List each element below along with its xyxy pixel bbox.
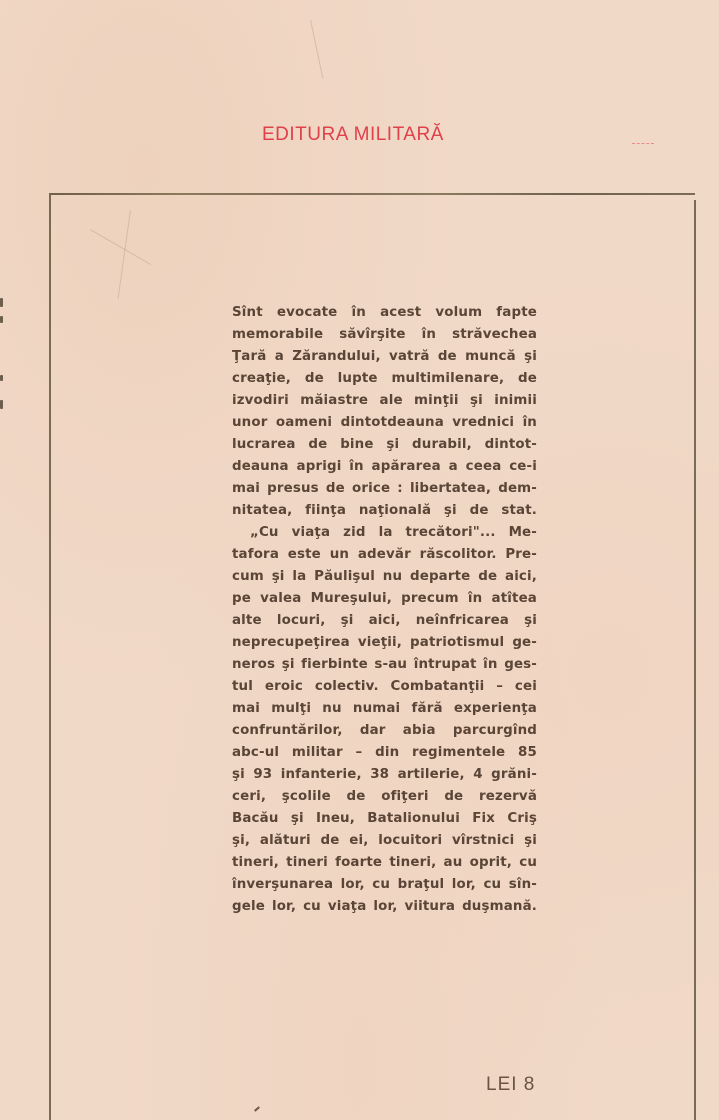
price-label: LEI 8: [486, 1074, 535, 1096]
blurb-line: pe valea Mureşului, precum în atîtea: [232, 588, 537, 610]
edge-mark: [0, 400, 3, 409]
paper-scratch: [310, 20, 323, 79]
edge-mark: [0, 298, 3, 307]
blurb-line: neprecupeţirea vieţii, patriotismul ge-: [232, 632, 537, 654]
blurb-line: abc-ul militar – din regimentele 85: [232, 742, 537, 764]
blurb-line: tineri, tineri foarte tineri, au oprit, …: [232, 852, 537, 874]
blurb-line: mai mulţi nu numai fără experienţa: [232, 698, 537, 720]
frame-border-right: [694, 200, 696, 1120]
blurb-line: mai presus de orice : libertatea, dem-: [232, 478, 537, 500]
blurb-line: „Cu viaţa zid la trecători"... Me-: [232, 522, 537, 544]
frame-border-left: [49, 194, 51, 1120]
blurb-line: nitatea, fiinţa naţională şi de stat.: [232, 500, 537, 522]
blurb-line: cum şi la Păulişul nu departe de aici,: [232, 566, 537, 588]
blurb-line: şi, alături de ei, locuitori vîrstnici ş…: [232, 830, 537, 852]
blurb-line: gele lor, cu viaţa lor, viitura duşmană.: [232, 896, 537, 918]
blurb-line: izvodiri măiastre ale minţii şi inimii: [232, 390, 537, 412]
ink-speck: [254, 1106, 260, 1111]
blurb-line: tul eroic colectiv. Combatanţii – cei: [232, 676, 537, 698]
blurb-line: Sînt evocate în acest volum fapte: [232, 302, 537, 324]
blurb-line: lucrarea de bine şi durabil, dintot-: [232, 434, 537, 456]
frame-border-top: [49, 193, 695, 195]
publisher-name: EDITURA MILITARĂ: [262, 124, 444, 146]
blurb-line: neros şi fierbinte s-au întrupat în ges-: [232, 654, 537, 676]
blurb-line: Ţară a Zărandului, vatră de muncă şi: [232, 346, 537, 368]
blurb-text: Sînt evocate în acest volum fapte memora…: [232, 302, 537, 918]
decorative-dash: [632, 143, 654, 145]
blurb-line: alte locuri, şi aici, neînfricarea şi: [232, 610, 537, 632]
blurb-line: memorabile săvîrşite în străvechea: [232, 324, 537, 346]
blurb-line: ceri, şcolile de ofiţeri de rezervă: [232, 786, 537, 808]
paper-scratch: [90, 229, 151, 265]
blurb-line: Bacău şi Ineu, Batalionului Fix Criş: [232, 808, 537, 830]
blurb-line: unor oameni dintotdeauna vrednici în: [232, 412, 537, 434]
blurb-line: creaţie, de lupte multimilenare, de: [232, 368, 537, 390]
paper-scratch: [117, 210, 131, 299]
blurb-line: deauna aprigi în apărarea a ceea ce-i: [232, 456, 537, 478]
blurb-line: şi 93 infanterie, 38 artilerie, 4 grăni-: [232, 764, 537, 786]
blurb-line: confruntărilor, dar abia parcurgînd: [232, 720, 537, 742]
blurb-line: tafora este un adevăr răscolitor. Pre-: [232, 544, 537, 566]
edge-mark: [0, 375, 3, 381]
edge-mark: [0, 316, 3, 323]
blurb-line: înverşunarea lor, cu braţul lor, cu sîn-: [232, 874, 537, 896]
